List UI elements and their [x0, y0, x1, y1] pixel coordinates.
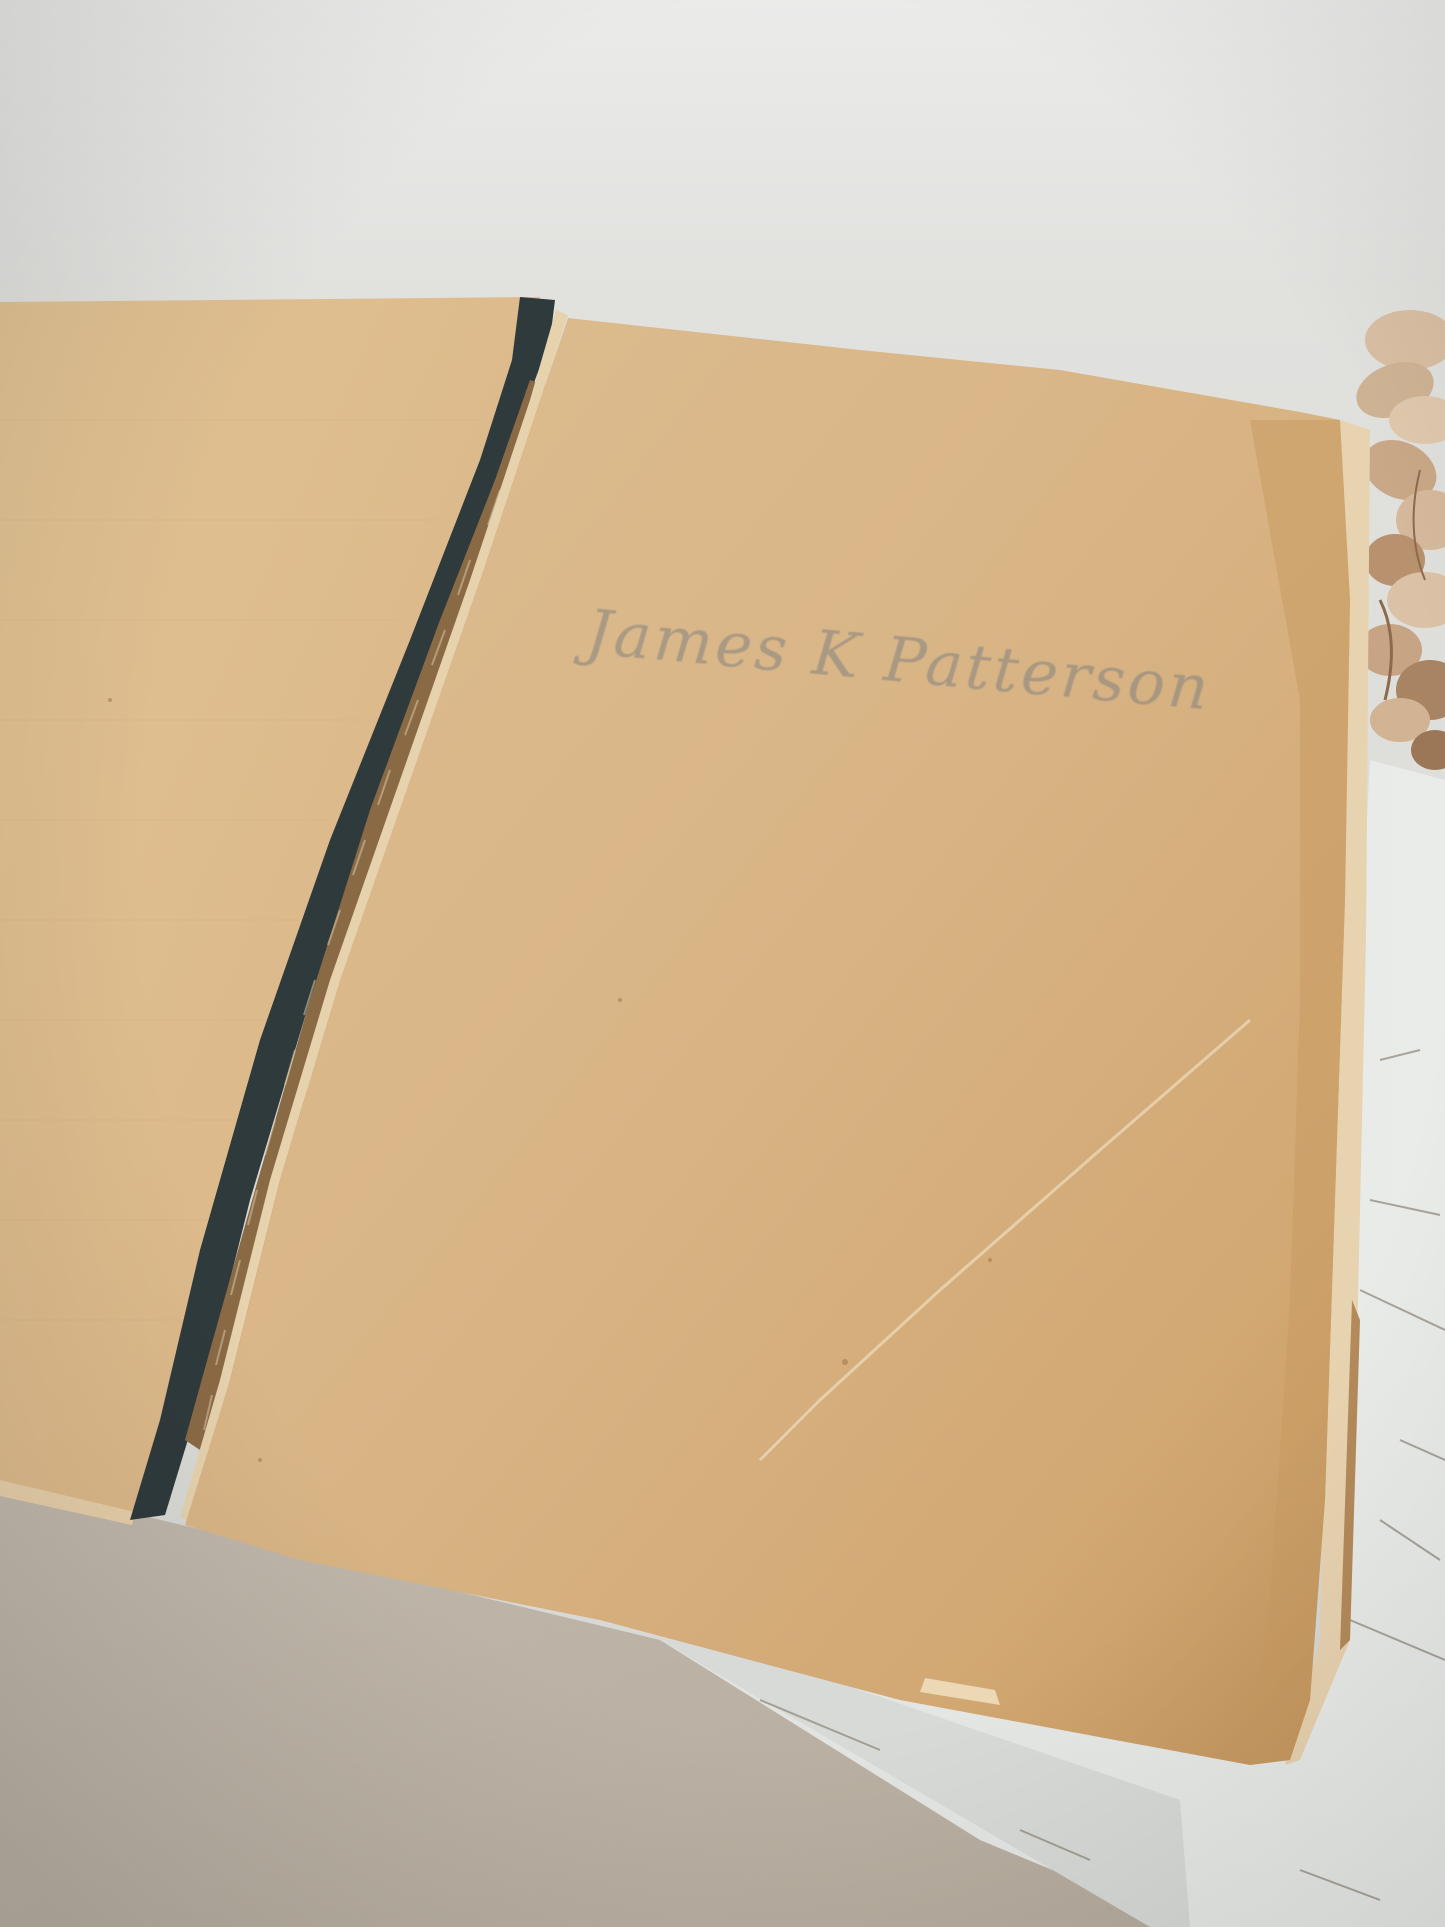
photo-scene: James K Patterson Open antique book on a… — [0, 0, 1445, 1927]
scene-graphic — [0, 0, 1445, 1927]
